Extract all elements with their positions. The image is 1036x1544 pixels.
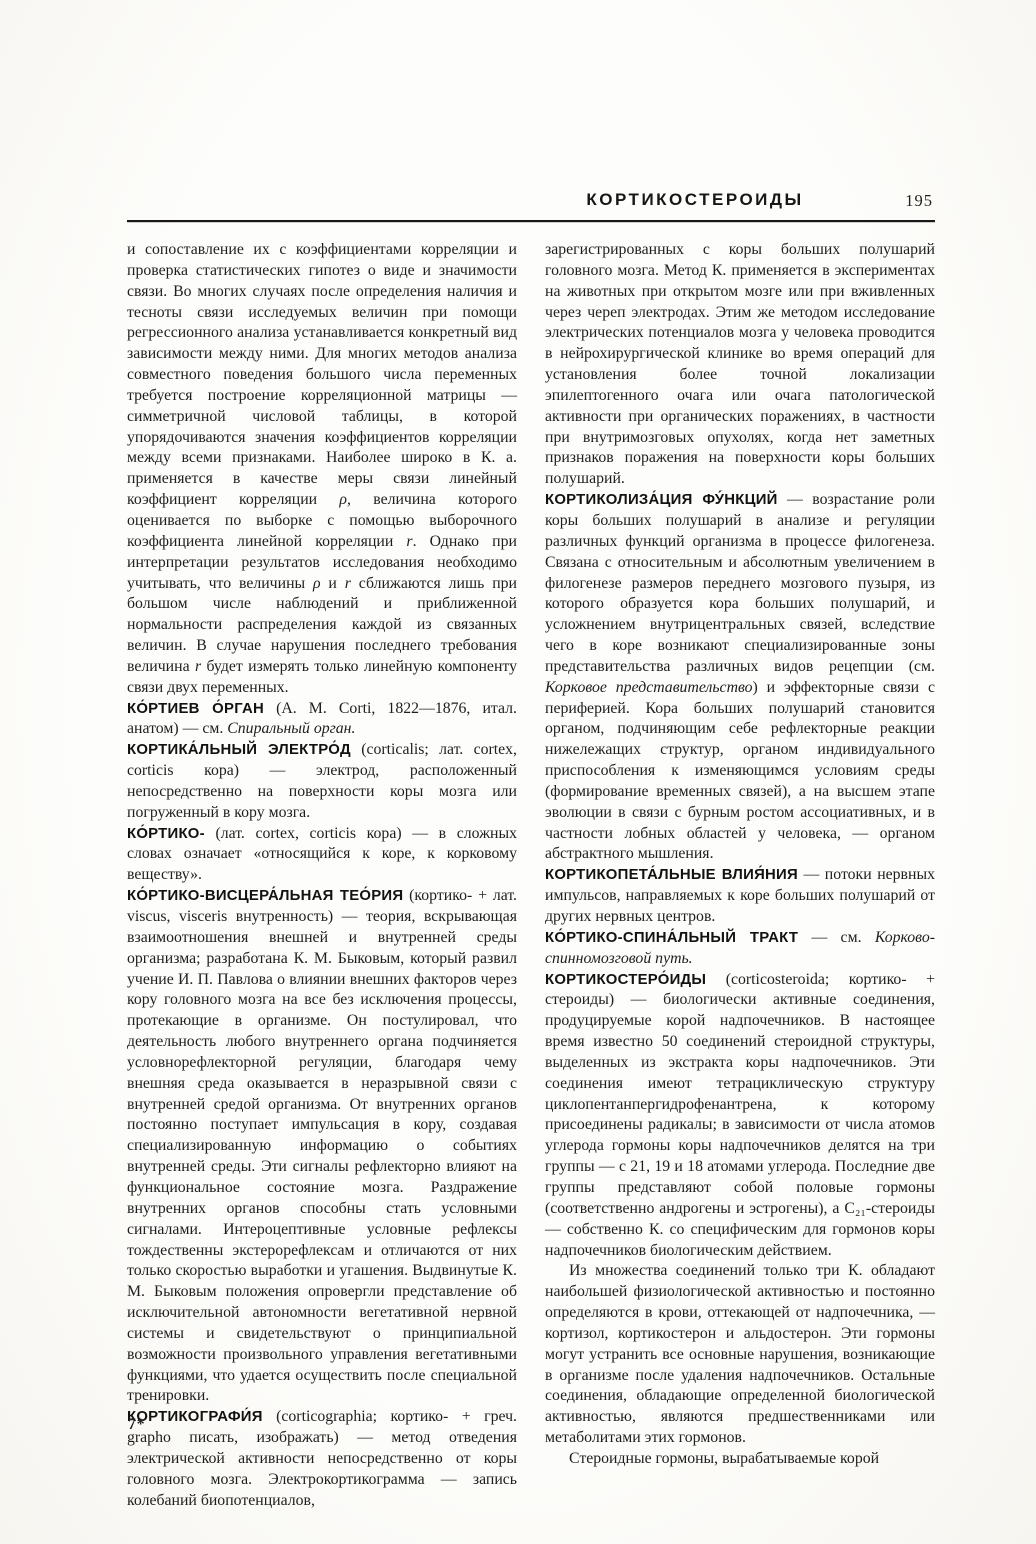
body-text: Стероидные гормоны, вырабатываемые корой — [569, 1450, 879, 1467]
body-text: и — [321, 575, 345, 592]
entry-headword: КО́РТИКО- — [127, 826, 205, 842]
entry-headword: КО́РТИКО-ВИСЦЕРА́ЛЬНАЯ ТЕО́РИЯ — [127, 888, 403, 904]
body-text: — см. — [798, 929, 875, 946]
entry-kortiko-spinalny-trakt: КО́РТИКО-СПИНА́ЛЬНЫЙ ТРАКТ — см. Корково… — [545, 928, 935, 970]
column-right: зарегистрированных с коры больших полуша… — [545, 240, 935, 1470]
column-left: и сопоставление их с коэффициентами корр… — [127, 240, 517, 1511]
running-head: КОРТИКОСТЕРОИДЫ 195 — [127, 190, 935, 220]
columns: и сопоставление их с коэффициентами корр… — [127, 240, 935, 1511]
page-number: 195 — [905, 191, 933, 211]
entry-kortikopetalnye-vliyaniya: КОРТИКОПЕТА́ЛЬНЫЕ ВЛИЯ́НИЯ — потоки нерв… — [545, 865, 935, 928]
cross-reference: ρ — [313, 575, 321, 592]
running-head-title: КОРТИКОСТЕРОИДЫ — [545, 190, 845, 210]
body-text: и сопоставление их с коэффициентами корр… — [127, 241, 517, 508]
entry-kortiko-prefix: КО́РТИКО- (лат. cortex, corticis кора) —… — [127, 824, 517, 887]
entry-kortiev-organ: КО́РТИЕВ О́РГАН (A. M. Corti, 1822—1876,… — [127, 699, 517, 741]
body-text: зарегистрированных с коры больших полуша… — [545, 241, 935, 487]
body-text: Из множества соединений только три К. об… — [545, 1262, 935, 1446]
entry-kortikalny-elektrod: КОРТИКА́ЛЬНЫЙ ЭЛЕКТРО́Д (corticalis; лат… — [127, 740, 517, 823]
cross-reference: ρ — [339, 491, 347, 508]
body-text: (corticosteroida; кортико- + стероиды) —… — [545, 971, 935, 1259]
entry-kortikografiya: КОРТИКОГРАФИ́Я (corticographia; кортико-… — [127, 1407, 517, 1511]
paragraph-steroidnye-gormony: Стероидные гормоны, вырабатываемые корой — [545, 1449, 935, 1470]
footer-signature: 7* — [128, 1416, 146, 1434]
scanned-page: КОРТИКОСТЕРОИДЫ 195 и сопоставление их с… — [0, 0, 1036, 1544]
entry-headword: КО́РТИЕВ О́РГАН — [127, 701, 264, 717]
text-block: КОРТИКОСТЕРОИДЫ 195 и сопоставление их с… — [127, 190, 935, 1511]
entry-kortikosteroidy: КОРТИКОСТЕРО́ИДЫ (corticosteroida; корти… — [545, 970, 935, 1262]
body-text: ) и эффекторные связи с периферией. Кора… — [545, 679, 935, 863]
entry-headword: КО́РТИКО-СПИНА́ЛЬНЫЙ ТРАКТ — [545, 930, 798, 946]
continuation-kortikografiya: зарегистрированных с коры больших полуша… — [545, 240, 935, 490]
entry-headword: КОРТИКОПЕТА́ЛЬНЫЕ ВЛИЯ́НИЯ — [545, 867, 798, 883]
entry-headword: КОРТИКОЛИЗА́ЦИЯ ФУ́НКЦИЙ — [545, 492, 778, 508]
entry-headword: КОРТИКА́ЛЬНЫЙ ЭЛЕКТРО́Д — [127, 742, 351, 758]
entry-kortiko-visceralnaya-teoriya: КО́РТИКО-ВИСЦЕРА́ЛЬНАЯ ТЕО́РИЯ (кортико-… — [127, 886, 517, 1407]
body-text: — возрастание роли коры больших полушари… — [545, 491, 935, 675]
header-rule — [127, 220, 935, 222]
entry-headword: КОРТИКОГРАФИ́Я — [127, 1409, 263, 1425]
entry-kortikolizaciya-funkcij: КОРТИКОЛИЗА́ЦИЯ ФУ́НКЦИЙ — возрастание р… — [545, 490, 935, 865]
body-text: (кортико- + лат. viscus, visceris внутре… — [127, 887, 517, 1404]
cross-reference: Спиральный орган. — [227, 720, 355, 737]
entry-headword: КОРТИКОСТЕРО́ИДЫ — [545, 972, 706, 988]
continuation-korrelyacionny-analiz: и сопоставление их с коэффициентами корр… — [127, 240, 517, 699]
paragraph-tri-kortikosteroida: Из множества соединений только три К. об… — [545, 1261, 935, 1449]
cross-reference: Корковое представительство — [545, 679, 753, 696]
